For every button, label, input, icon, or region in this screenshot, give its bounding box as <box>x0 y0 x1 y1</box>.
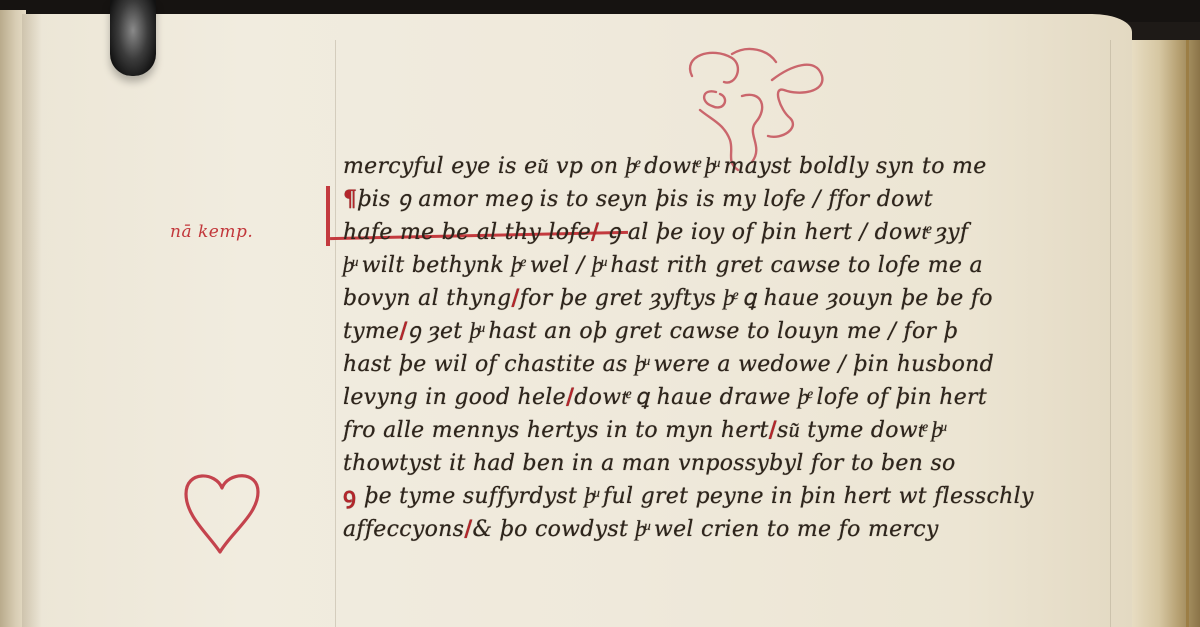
manuscript-text: mercyful eye is eu͂ vp on þͤ dowtͤ þͧ ma… <box>343 150 1133 546</box>
margin-note: nā kemp. <box>170 222 253 242</box>
rubric-mark: / <box>399 318 407 344</box>
rubric-mark: / <box>591 219 607 245</box>
text-line: thowtyst it had ben in a man vnpossybyl … <box>343 447 1133 480</box>
ruling-line-left <box>335 40 336 627</box>
line-text: hafe me be al thy lofe <box>343 220 591 245</box>
line-text: su͂ tyme dowtͤ þͧ <box>777 418 943 443</box>
binding-edge-line <box>1186 40 1189 627</box>
line-text: thowtyst it had ben in a man vnpossybyl … <box>343 451 956 476</box>
rubric-mark: ¶ <box>343 186 357 212</box>
rubric-mark: / <box>511 285 519 311</box>
line-text: bovyn al thyng <box>343 286 511 311</box>
metal-clasp-icon <box>110 0 156 76</box>
heart-drawing-icon <box>180 466 264 558</box>
line-text: þis ꝯ amor meꝯ is to seyn þis is my lofe… <box>357 187 933 212</box>
line-text: dowtͤ ꝗ haue drawe þͤ lofe of þin hert <box>574 385 987 410</box>
line-text: þe tyme suffyrdyst þͧ ful gret peyne in … <box>364 484 1033 509</box>
line-text: hast þe wil of chastite as þͧ were a wed… <box>343 352 994 377</box>
text-line: tyme/ꝯ ȝet þͧ hast an oþ gret cawse to l… <box>343 315 1133 348</box>
line-text: fro alle mennys hertys in to myn hert <box>343 418 769 443</box>
text-line: hafe me be al thy lofe/ ꝯ al þe ioy of þ… <box>343 216 1133 249</box>
rubric-mark: / <box>464 516 472 542</box>
text-line: þͧ wilt bethynk þͤ wel / þͧ hast rith gr… <box>343 249 1133 282</box>
line-text: tyme <box>343 319 399 344</box>
text-line: affeccyons/& þo cowdyst þͧ wel crien to … <box>343 513 1133 546</box>
line-text: & þo cowdyst þͧ wel crien to me fo mercy <box>473 517 939 542</box>
line-text: for þe gret ȝyftys þͤ ꝗ haue ȝouyn þe be… <box>520 286 993 311</box>
page-stack-edge <box>1132 40 1200 627</box>
line-text: ꝯ al þe ioy of þin hert / dowtͤ ȝyf <box>607 220 968 245</box>
gutter-shadow <box>22 14 42 627</box>
rubric-mark: ꝯ <box>343 483 364 509</box>
text-line: bovyn al thyng/for þe gret ȝyftys þͤ ꝗ h… <box>343 282 1133 315</box>
line-text: levyng in good hele <box>343 385 566 410</box>
text-line: fro alle mennys hertys in to myn hert/su… <box>343 414 1133 447</box>
line-text: affeccyons <box>343 517 464 542</box>
text-line: ꝯ þe tyme suffyrdyst þͧ ful gret peyne i… <box>343 480 1133 513</box>
line-text: mercyful eye is eu͂ vp on þͤ dowtͤ þͧ ma… <box>343 154 987 179</box>
text-line: ¶þis ꝯ amor meꝯ is to seyn þis is my lof… <box>343 183 1133 216</box>
text-line: levyng in good hele/dowtͤ ꝗ haue drawe þ… <box>343 381 1133 414</box>
text-line: hast þe wil of chastite as þͧ were a wed… <box>343 348 1133 381</box>
text-line: mercyful eye is eu͂ vp on þͤ dowtͤ þͧ ma… <box>343 150 1133 183</box>
line-text: ꝯ ȝet þͧ hast an oþ gret cawse to louyn … <box>408 319 958 344</box>
rubric-mark: / <box>769 417 777 443</box>
line-text: þͧ wilt bethynk þͤ wel / þͧ hast rith gr… <box>343 253 983 278</box>
